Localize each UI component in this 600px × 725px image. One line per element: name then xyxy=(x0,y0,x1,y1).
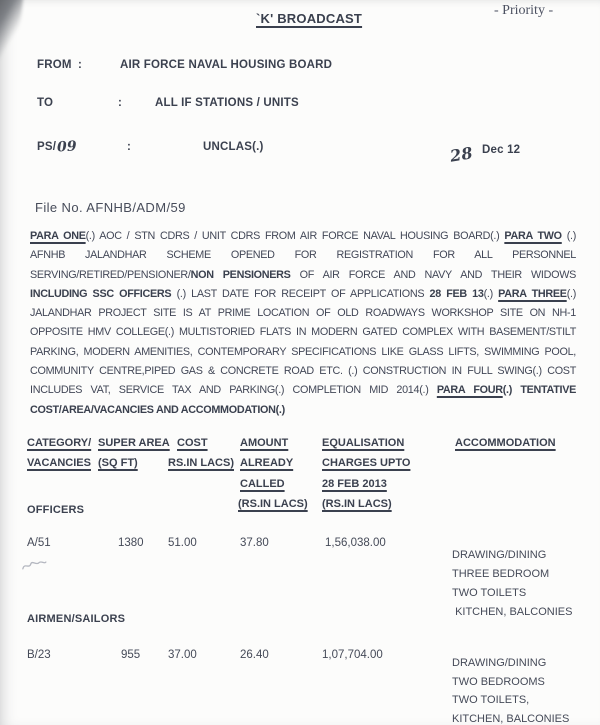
column-header-amount-called: AMOUNT ALREADY CALLED (RS.IN LACS) xyxy=(238,433,322,515)
column-header-super-area: SUPER AREA (SQ FT) xyxy=(98,433,168,515)
ps-number-handwritten: 09 xyxy=(57,138,78,155)
text-segment: (.) AOC / STN CDRS / UNIT CDRS FROM AIR … xyxy=(86,230,505,242)
cell-accommodation: DRAWING/DINING THREE BEDROOM TWO TOILETS… xyxy=(452,537,600,622)
body-line: JALANDHAR PROJECT SITE IS AT PRIME LOCAT… xyxy=(30,304,576,323)
cell-category: B/23 xyxy=(27,649,98,725)
cell-accommodation: DRAWING/DINING TWO BEDROOMS TWO TOILETS,… xyxy=(452,649,600,725)
text-segment: OF AIR FORCE AND NAVY AND THEIR WIDOWS xyxy=(291,269,576,281)
to-value: ALL IF STATIONS / UNITS xyxy=(155,97,299,109)
text-segment: JALANDHAR PROJECT SITE IS AT PRIME LOCAT… xyxy=(30,307,576,319)
text-segment: TENTATIVE xyxy=(520,384,576,396)
table-row-officers: A/51 1380 51.00 37.80 1,56,038.00 DRAWIN… xyxy=(27,537,600,622)
cell-equalisation: 1,07,704.00 xyxy=(322,649,452,725)
text-segment: AFNHB JALANDHAR SCHEME OPENED FOR REGIST… xyxy=(30,249,576,261)
text-segment: (.) xyxy=(562,230,576,242)
from-row: FROM : AIR FORCE NAVAL HOUSING BOARD xyxy=(0,59,600,75)
precedence-row: PS/ 09 : UNCLAS(.) 28 Dec 12 xyxy=(0,141,600,163)
table-header-row: CATEGORY/ VACANCIES SUPER AREA (SQ FT) C… xyxy=(27,433,600,515)
cell-area: 955 xyxy=(98,649,168,725)
text-segment: 28 FEB 13 xyxy=(430,288,484,300)
text-segment: PARKING, MODERN AMENITIES, CONTEMPORARY … xyxy=(30,346,576,358)
body-line: PARKING, MODERN AMENITIES, CONTEMPORARY … xyxy=(30,343,576,362)
column-header-accommodation: ACCOMMODATION xyxy=(452,433,600,515)
from-colon: : xyxy=(78,59,82,71)
to-row: TO : ALL IF STATIONS / UNITS xyxy=(0,97,600,113)
scanned-broadcast-document: - Priority - `K' BROADCAST FROM : AIR FO… xyxy=(0,0,600,725)
section-label-airmen-sailors: AIRMEN/SAILORS xyxy=(27,613,125,625)
from-label: FROM xyxy=(37,59,72,71)
text-segment: (.) xyxy=(503,384,521,396)
column-header-cost: COST RS.IN LACS) xyxy=(168,433,238,515)
cell-cost: 51.00 xyxy=(168,537,238,622)
body-line: COMMUNITY CENTRE,PIPED GAS & CONCRETE RO… xyxy=(30,362,576,381)
cell-amount: 37.80 xyxy=(238,537,322,622)
body-line: SERVING/RETIRED/PENSIONER/NON PENSIONERS… xyxy=(30,266,576,285)
text-segment: COST/AREA/VACANCIES AND ACCOMMODATION(.) xyxy=(30,404,285,416)
ps-label: PS/ xyxy=(37,141,56,153)
body-line: AFNHB JALANDHAR SCHEME OPENED FOR REGIST… xyxy=(30,246,576,265)
body-line: OPPOSITE HMV COLLEGE(.) MULTISTORIED FLA… xyxy=(30,323,576,342)
cell-area: 1380 xyxy=(98,537,168,622)
text-segment: (.) xyxy=(484,288,499,300)
to-colon: : xyxy=(118,97,122,109)
body-line: COST/AREA/VACANCIES AND ACCOMMODATION(.) xyxy=(30,401,576,420)
text-segment: (.) LAST DATE FOR RECEIPT OF APPLICATION… xyxy=(171,288,429,300)
priority-marking: - Priority - xyxy=(494,3,553,19)
broadcast-title: `K' BROADCAST xyxy=(256,11,362,26)
message-body: PARA ONE(.) AOC / STN CDRS / UNIT CDRS F… xyxy=(30,227,576,420)
column-header-equalisation: EQUALISATION CHARGES UPTO 28 FEB 2013 (R… xyxy=(322,433,452,515)
body-line: INCLUDES VAT, SERVICE TAX AND PARKING(.)… xyxy=(30,381,576,400)
body-line: INCLUDING SSC OFFICERS (.) LAST DATE FOR… xyxy=(30,285,576,304)
cell-equalisation: 1,56,038.00 xyxy=(322,537,452,622)
date-month-year: Dec 12 xyxy=(482,144,520,156)
file-number: File No. AFNHB/ADM/59 xyxy=(35,200,186,215)
text-segment: OPPOSITE HMV COLLEGE(.) MULTISTORIED FLA… xyxy=(30,326,576,338)
text-segment: (.) xyxy=(567,288,576,300)
scan-corner-artifact xyxy=(0,0,24,63)
cell-amount: 26.40 xyxy=(238,649,322,725)
text-segment: INCLUDING SSC OFFICERS xyxy=(30,288,171,300)
column-header-category: CATEGORY/ VACANCIES xyxy=(27,433,98,515)
text-segment: INCLUDES VAT, SERVICE TAX AND PARKING(.)… xyxy=(30,384,437,396)
text-segment: COMMUNITY CENTRE,PIPED GAS & CONCRETE RO… xyxy=(30,365,576,377)
body-line: PARA ONE(.) AOC / STN CDRS / UNIT CDRS F… xyxy=(30,227,576,246)
text-segment: SERVING/RETIRED/PENSIONER/ xyxy=(30,269,191,281)
date-day-handwritten: 28 xyxy=(449,143,474,165)
text-segment: NON PENSIONERS xyxy=(191,269,291,281)
ps-colon: : xyxy=(127,141,131,153)
cell-category: A/51 xyxy=(27,537,98,622)
para-one-ref: PARA ONE xyxy=(30,230,86,242)
section-label-officers: OFFICERS xyxy=(27,504,84,516)
table-row-airmen: B/23 955 37.00 26.40 1,07,704.00 DRAWING… xyxy=(27,649,600,725)
para-two-ref: PARA TWO xyxy=(504,230,561,242)
from-value: AIR FORCE NAVAL HOUSING BOARD xyxy=(120,59,332,71)
classification-value: UNCLAS(.) xyxy=(203,141,264,153)
para-three-ref: PARA THREE xyxy=(498,288,567,300)
cell-cost: 37.00 xyxy=(168,649,238,725)
to-label: TO xyxy=(37,97,53,109)
para-four-ref: PARA FOUR xyxy=(437,384,503,396)
